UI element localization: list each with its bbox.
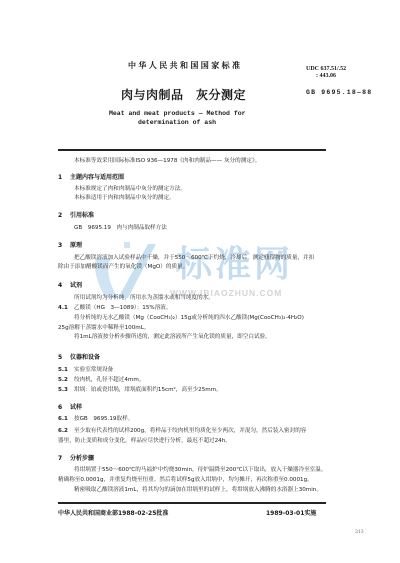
effective-date: 1989-03-01实施: [266, 508, 316, 517]
subsection-5-3: 5.3坩埚：铂或瓷坩埚，坩埚底面积约15cm²，高至少25mm。: [58, 387, 222, 394]
section-3-line: 把乙酸镁溶液加入试验样品中干燥，并于550～600℃下灼烧，冷却后，测定残留物的…: [74, 255, 314, 262]
national-standard-heading: 中华人民共和国国家标准: [128, 60, 242, 71]
document-title-cn: 肉与肉制品 灰分测定: [121, 86, 246, 103]
subsection-4-1: 4.1乙酸镁（HG 3—1089）：15%溶液。: [58, 305, 172, 312]
section-7-heading: 7分析步骤: [58, 453, 94, 462]
section-6-heading: 6试样: [58, 402, 82, 411]
section-7-line: 精确称至0.0001g，并重复灼烧至恒重。然后将试样5g放入坩埚中，均匀摊开，再…: [58, 477, 313, 484]
section-3-line: 除由于添加醋酸镁而产生的氧化镁（MgO）的质量。: [58, 264, 188, 271]
section-5-heading: 5仪器和设备: [58, 352, 100, 361]
page-number: 313: [355, 530, 364, 535]
section-7-line: 将坩埚置于550～600℃的马福炉中灼烧30min，待炉温降至200℃以下取出，…: [74, 467, 326, 474]
subsection-5-2: 5.2绞肉机，孔径不超过4mm。: [58, 377, 144, 384]
footer-divider: [58, 502, 326, 504]
header-divider: [58, 149, 326, 151]
standard-number: GB 9695.18—88: [306, 89, 372, 96]
subsection-4-1-line: 将分析纯的无水乙酸镁（Mg（CooCH₃)₂）15g或分析纯的四水乙酸镁(Mg(…: [74, 315, 304, 322]
subsection-5-1: 5.1实验室常规设备: [58, 367, 113, 374]
subsection-6-2: 6.2至少取有代表性的试样200g，将样品于绞肉机里均质化至少两次，并混匀，然后…: [58, 428, 306, 435]
udc-code-continued: : 443.06: [316, 73, 336, 79]
subsection-6-1: 6.1按GB 9695.19取样。: [58, 416, 133, 423]
approval-date: 中华人民共和国商业部1988-02-25批准: [58, 508, 168, 517]
section-1-heading: 1主题内容与适用范围: [58, 172, 124, 181]
section-3-heading: 3原理: [58, 240, 82, 249]
section-7-line: 精密吸取乙酸镁溶液1mL，将其均匀的滴加在坩埚里的试样上，将坩埚放入沸腾的水浴器…: [74, 487, 322, 494]
subsection-4-1-line: 25g溶解于蒸馏水中稀释至100mL。: [58, 325, 149, 332]
document-title-en-continued: determination of ash: [138, 119, 216, 126]
section-4-heading: 4试剂: [58, 280, 82, 289]
section-2-line: GB 9695.19 肉与肉制品取样方法: [74, 225, 167, 232]
subsection-6-2-line: 器里，防止变质和成分变化。样品应尽快进行分析，最迟不超过24h。: [58, 438, 231, 445]
section-1-line: 本标准适用于肉和肉制品中灰分的测定。: [74, 195, 175, 202]
section-1-line: 本标准规定了肉和肉制品中灰分的测定方法。: [74, 186, 186, 193]
udc-code: UDC 637.51/.52: [306, 66, 346, 73]
section-2-heading: 2引用标准: [58, 210, 94, 219]
document-title-en: Meat and meat products — Method for: [109, 110, 246, 117]
subsection-4-1-line: 将1mL溶液按分析步骤所述的，测定此溶液所产生氧化镁的质量，即空白试验。: [74, 334, 271, 341]
section-4-line: 所用试剂均为分析纯，所用水为蒸馏水或相当纯度的水。: [74, 295, 214, 302]
intro-paragraph: 本标准等效采用国际标准ISO 936—1978《肉和肉制品—— 灰分的测定》。: [74, 158, 260, 165]
